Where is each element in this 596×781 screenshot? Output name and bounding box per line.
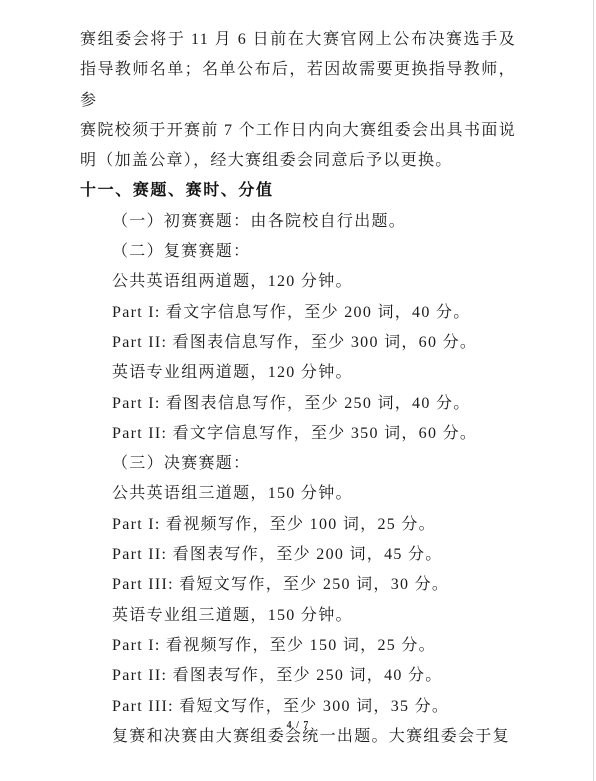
document-page: 赛组委会将于 11 月 6 日前在大赛官网上公布决赛选手及 指导教师名单；名单公… xyxy=(0,0,596,781)
document-line: Part II: 看文字信息写作，至少 350 词，60 分。 xyxy=(80,419,516,449)
page-edge-divider xyxy=(593,0,594,781)
document-line: 公共英语组两道题，120 分钟。 xyxy=(80,267,516,297)
document-line: （一）初赛赛题：由各院校自行出题。 xyxy=(80,207,516,237)
intro-paragraph-line: 赛院校须于开赛前 7 个工作日内向大赛组委会出具书面说 xyxy=(80,116,516,146)
intro-paragraph-line: 明（加盖公章），经大赛组委会同意后予以更换。 xyxy=(80,146,516,176)
intro-paragraph-line: 指导教师名单；名单公布后，若因故需要更换指导教师，参 xyxy=(80,55,516,116)
document-line: Part II: 看图表写作，至少 200 词，45 分。 xyxy=(80,540,516,570)
document-line: Part II: 看图表写作，至少 250 词，40 分。 xyxy=(80,661,516,691)
document-line: Part II: 看图表信息写作，至少 300 词，60 分。 xyxy=(80,328,516,358)
document-line: Part I: 看文字信息写作，至少 200 词，40 分。 xyxy=(80,298,516,328)
document-line: Part I: 看视频写作，至少 100 词，25 分。 xyxy=(80,510,516,540)
document-line: 英语专业组三道题，150 分钟。 xyxy=(80,601,516,631)
document-line: Part I: 看视频写作，至少 150 词，25 分。 xyxy=(80,631,516,661)
document-line: （二）复赛赛题： xyxy=(80,237,516,267)
document-text-block: 赛组委会将于 11 月 6 日前在大赛官网上公布决赛选手及 指导教师名单；名单公… xyxy=(0,0,596,752)
document-line: 英语专业组两道题，120 分钟。 xyxy=(80,358,516,388)
document-line: Part III: 看短文写作，至少 300 词，35 分。 xyxy=(80,692,516,722)
document-line: 公共英语组三道题，150 分钟。 xyxy=(80,479,516,509)
document-line: Part I: 看图表信息写作，至少 250 词，40 分。 xyxy=(80,389,516,419)
section-heading: 十一、赛题、赛时、分值 xyxy=(80,176,516,206)
intro-paragraph: 赛组委会将于 11 月 6 日前在大赛官网上公布决赛选手及 指导教师名单；名单公… xyxy=(80,25,516,176)
section-body: （一）初赛赛题：由各院校自行出题。 （二）复赛赛题： 公共英语组两道题，120 … xyxy=(80,207,516,752)
intro-paragraph-line: 赛组委会将于 11 月 6 日前在大赛官网上公布决赛选手及 xyxy=(80,25,516,55)
document-line: Part III: 看短文写作，至少 250 词，30 分。 xyxy=(80,570,516,600)
page-number: 4 / 7 xyxy=(0,720,596,731)
document-line: （三）决赛赛题： xyxy=(80,449,516,479)
